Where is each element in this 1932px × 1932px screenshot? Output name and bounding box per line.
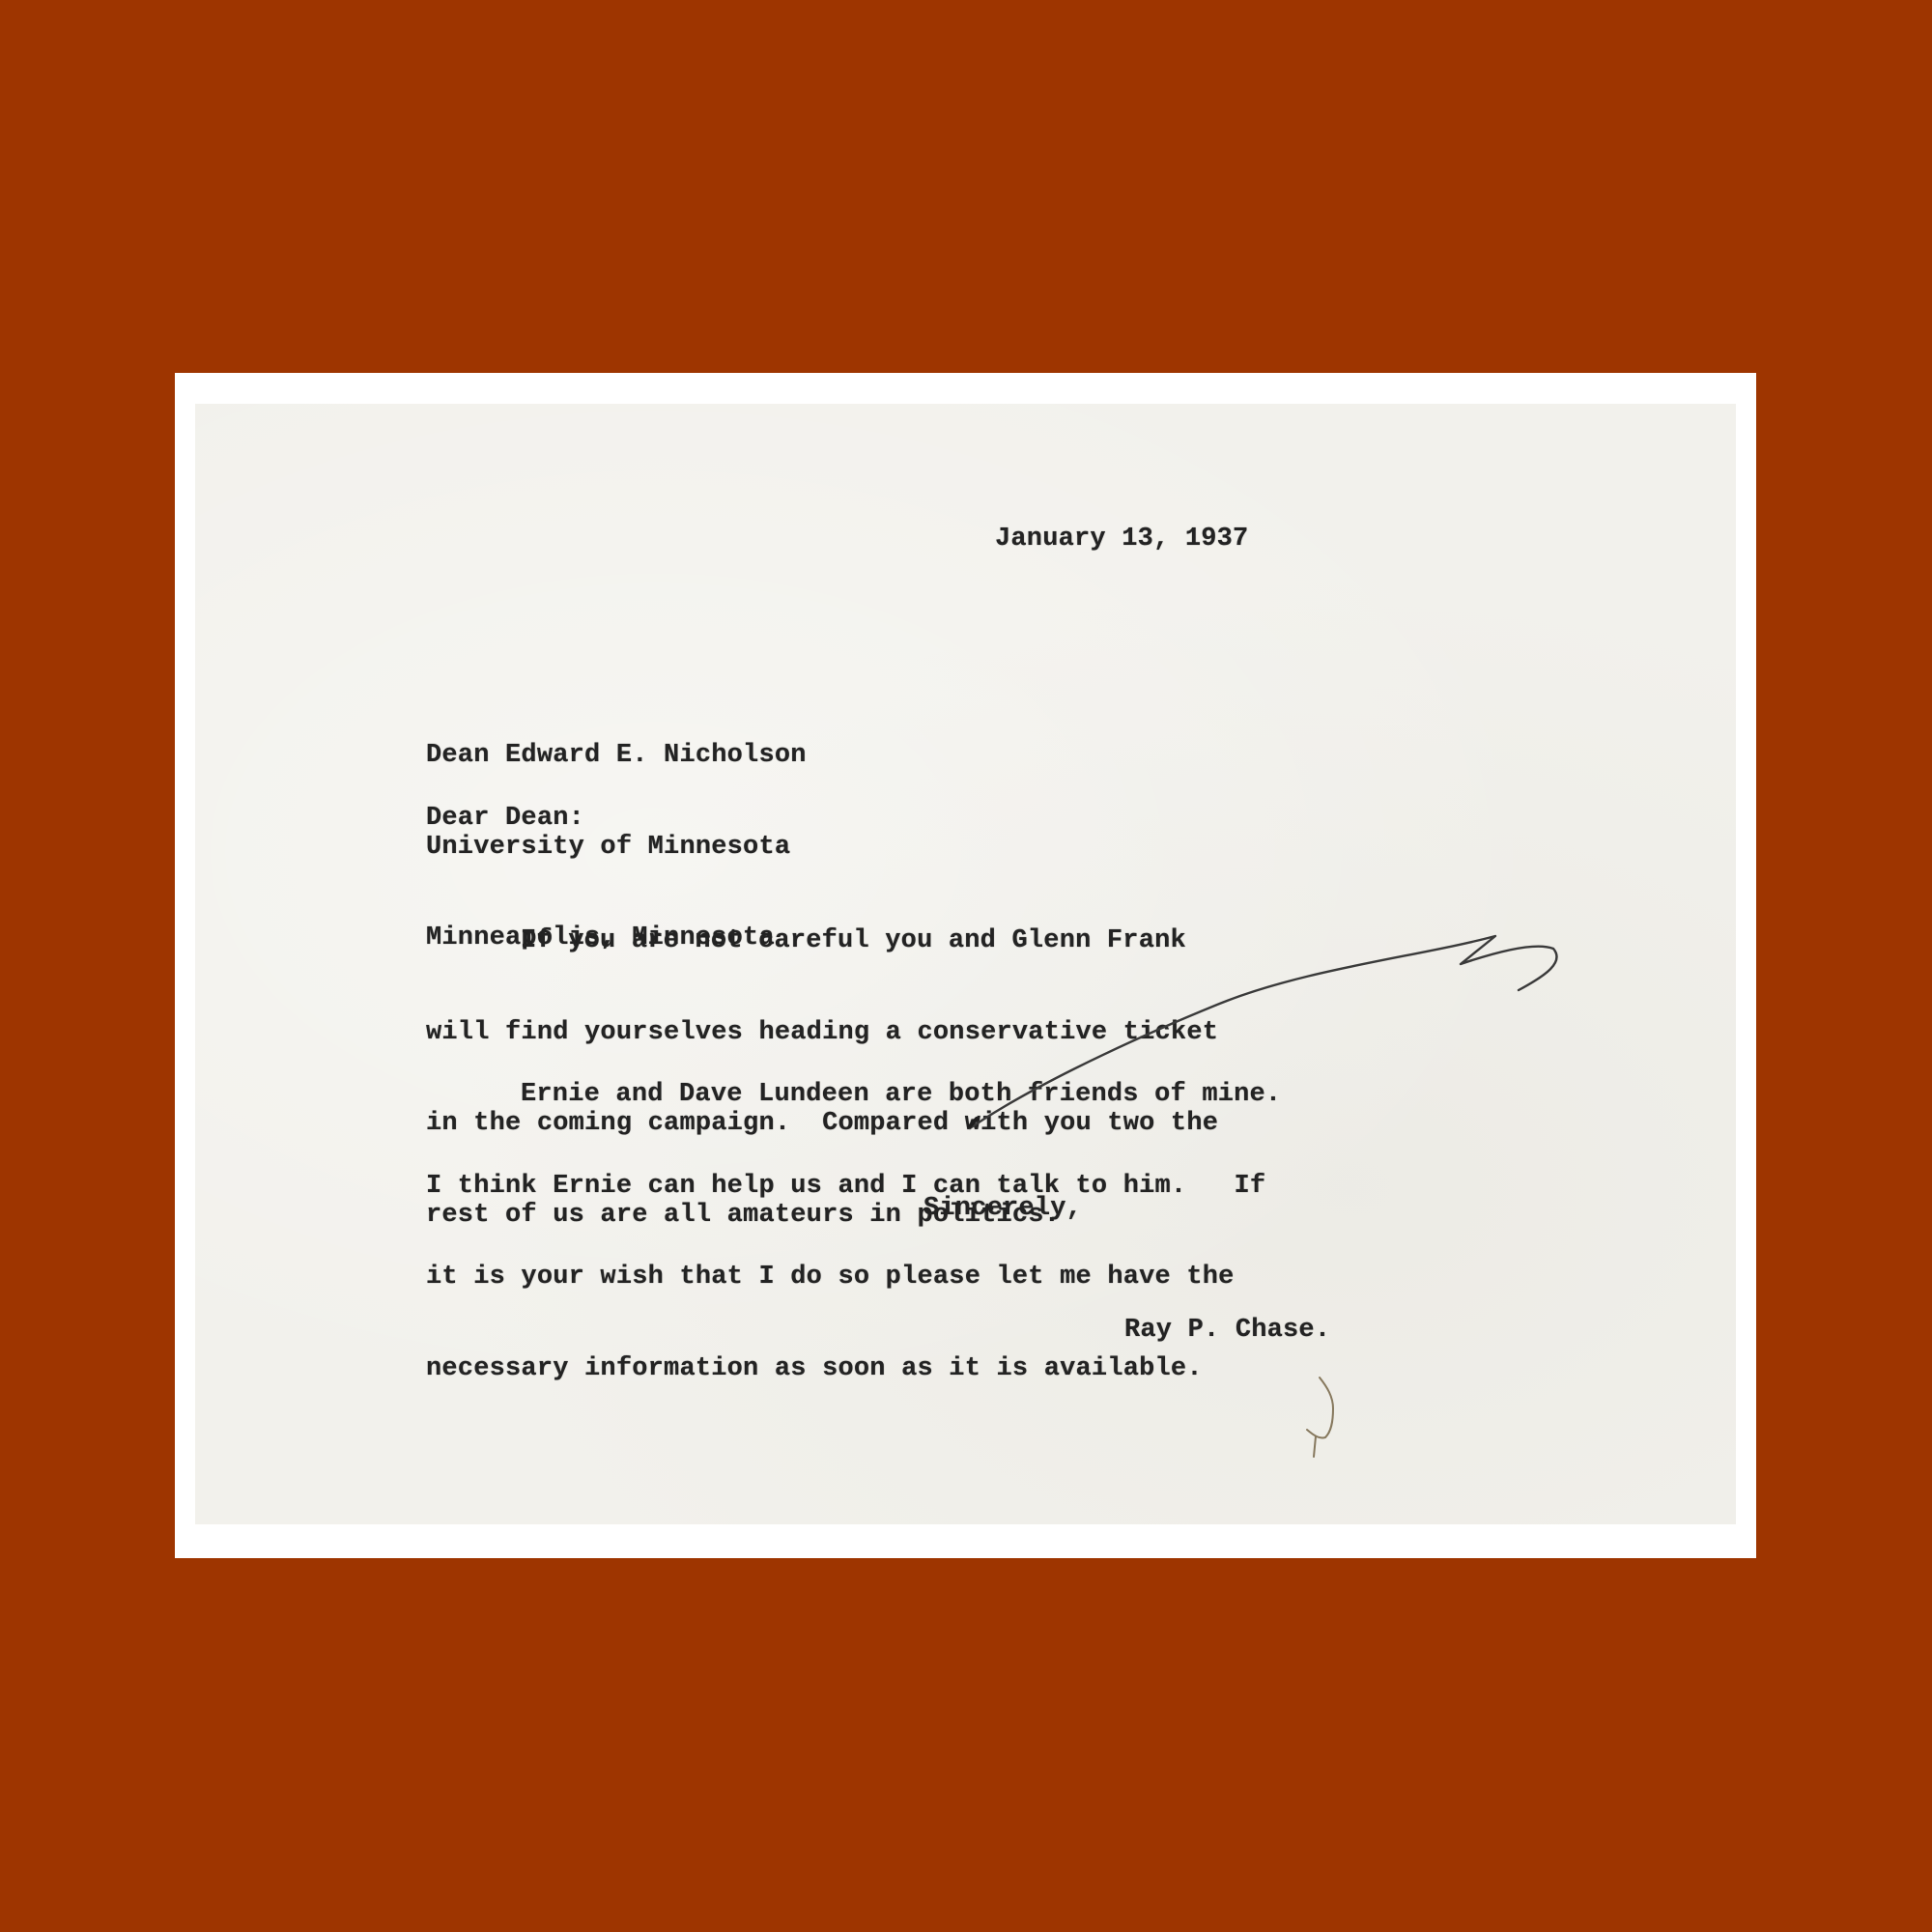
recipient-name: Dean Edward E. Nicholson	[426, 741, 807, 772]
paragraph-line: I think Ernie can help us and I can talk…	[426, 1172, 1281, 1203]
paragraph-line: it is your wish that I do so please let …	[426, 1263, 1281, 1293]
paragraph-line: necessary information as soon as it is a…	[426, 1354, 1281, 1385]
closing: Sincerely,	[923, 1194, 1082, 1225]
body-paragraph-2: Ernie and Dave Lundeen are both friends …	[426, 1019, 1281, 1415]
salutation: Dear Dean:	[426, 804, 584, 835]
recipient-institution: University of Minnesota	[426, 833, 807, 864]
paragraph-line: Ernie and Dave Lundeen are both friends …	[426, 1080, 1281, 1111]
letter-date: January 13, 1937	[995, 525, 1248, 555]
signature-name: Ray P. Chase.	[1124, 1316, 1330, 1347]
paragraph-line: If you are not careful you and Glenn Fra…	[426, 926, 1218, 957]
